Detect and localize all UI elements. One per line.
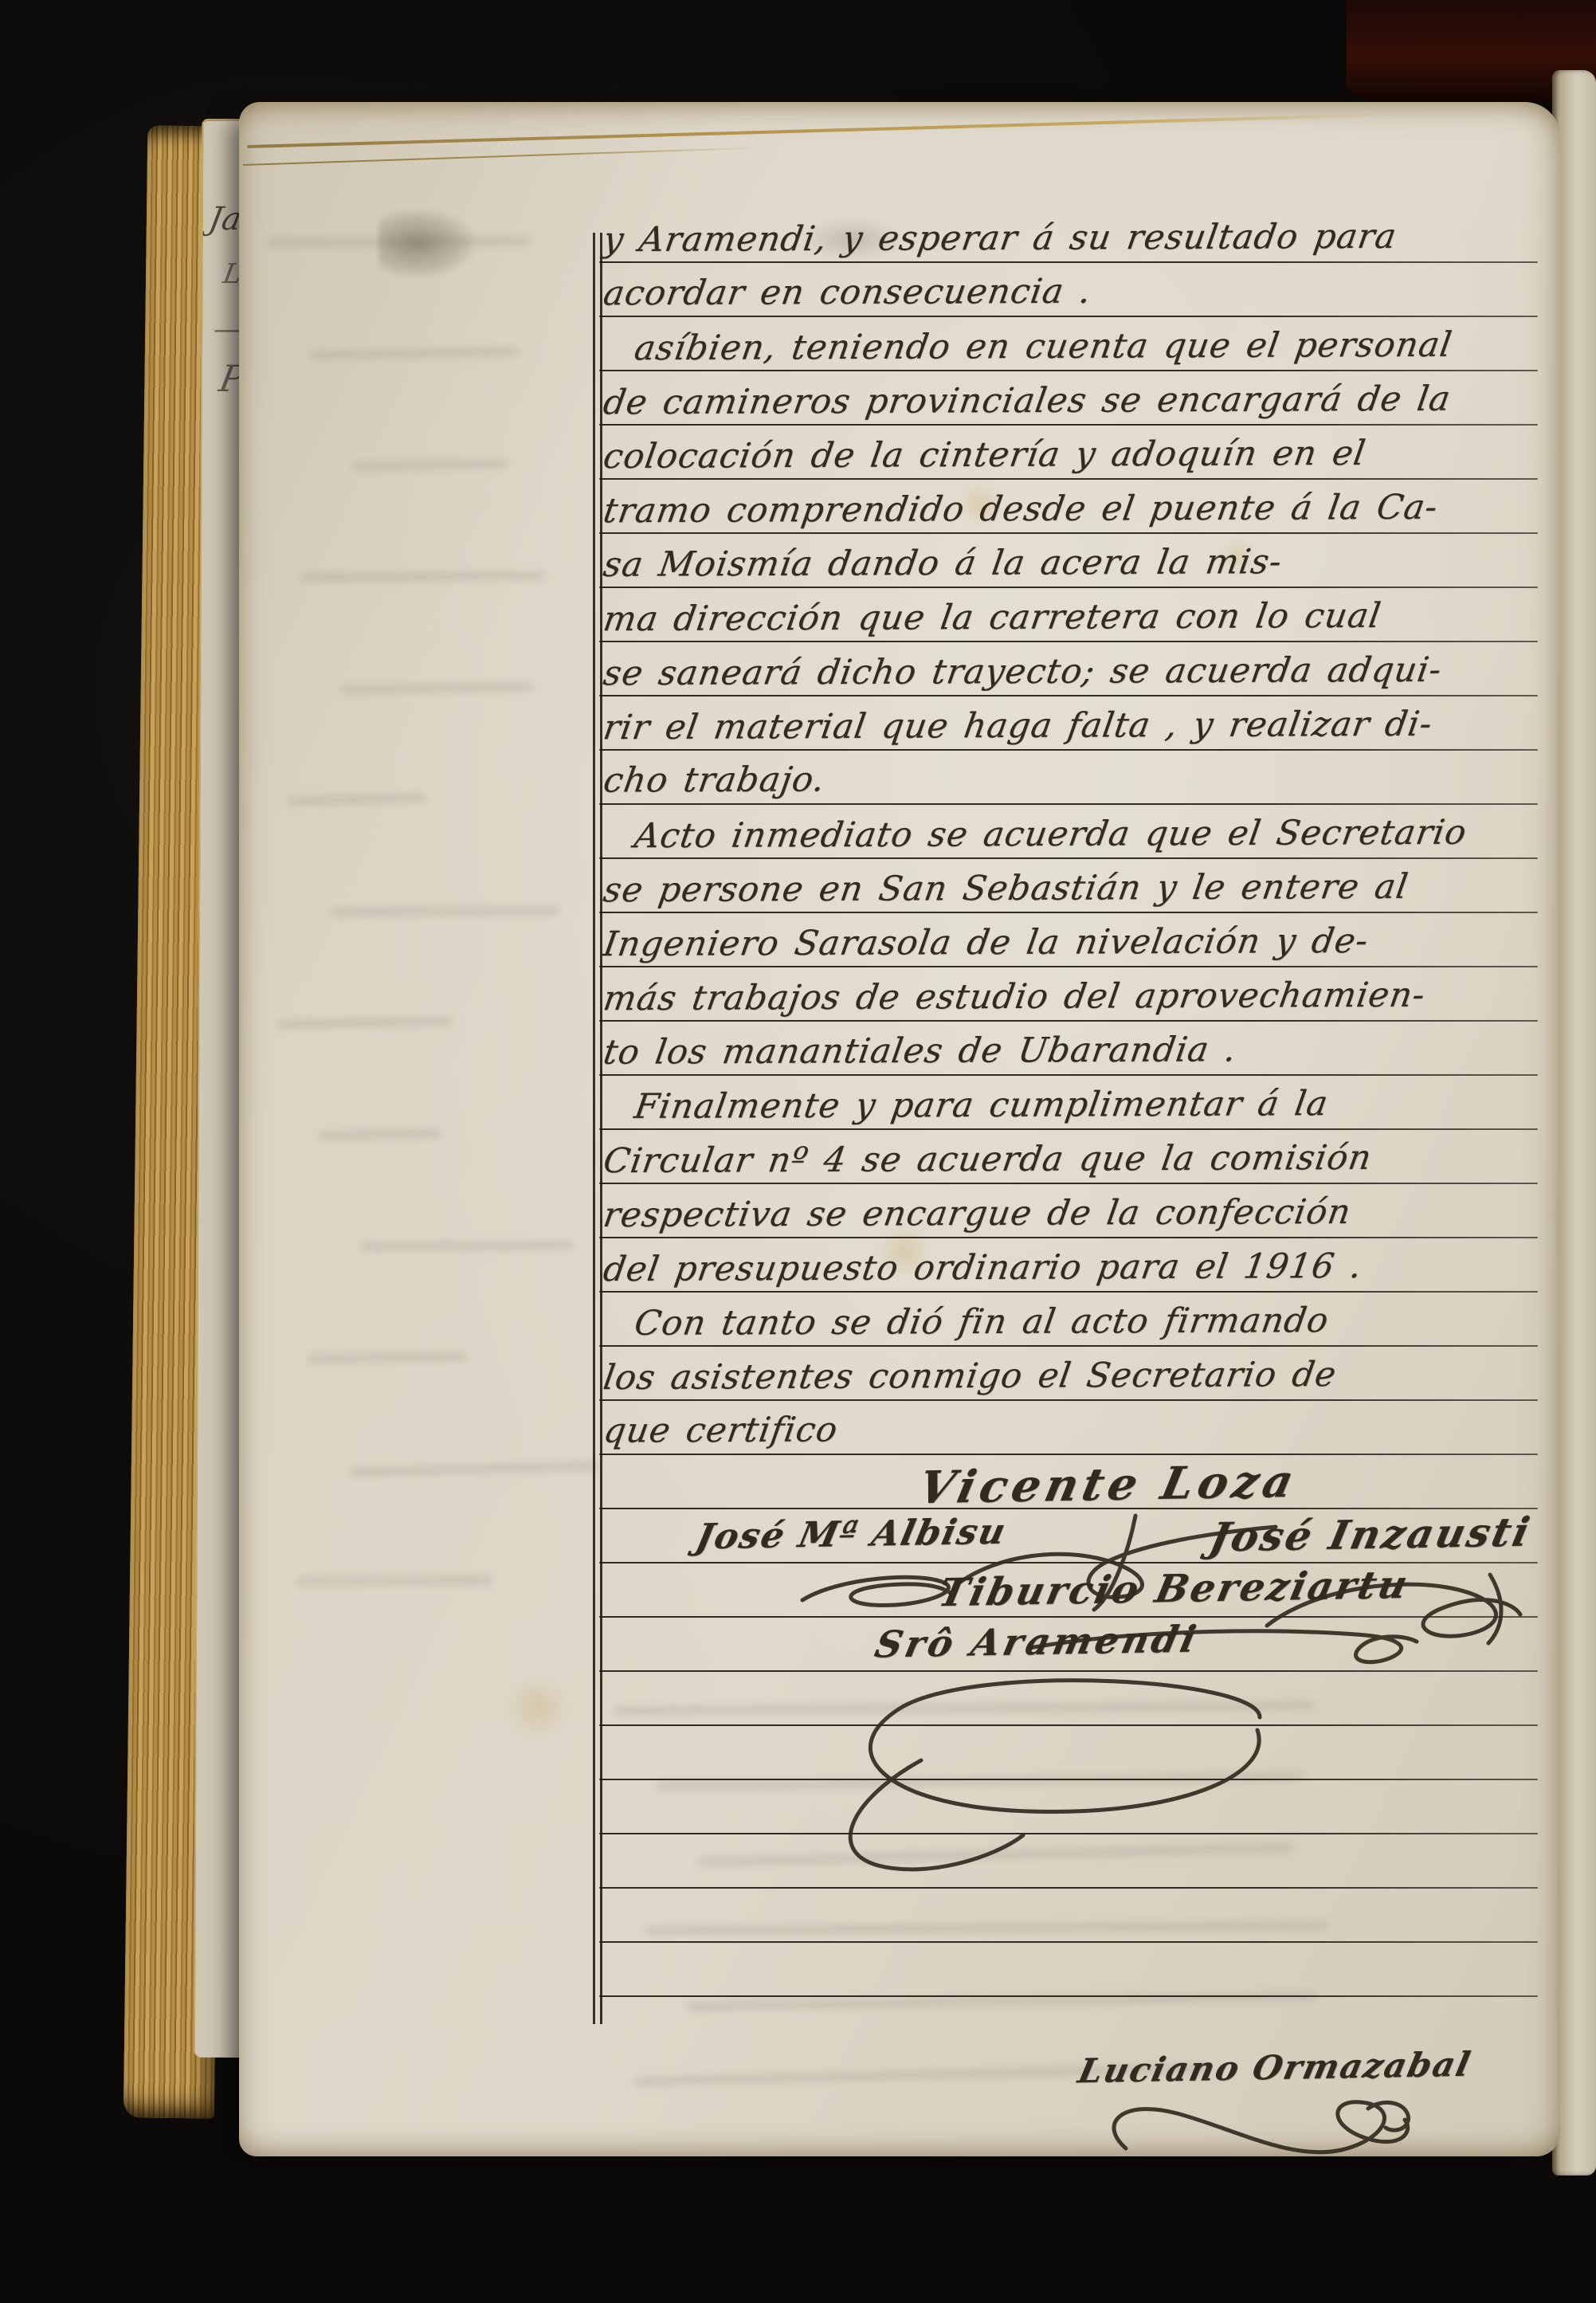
signature-aramendi: Srô Aramendi [876, 1620, 1198, 1663]
manuscript-page: y Aramendi, y esperar á su resultado par… [239, 102, 1560, 2156]
manuscript-line: los asistentes conmigo el Secretario de [604, 1356, 1336, 1396]
manuscript-line: ma dirección que la carretera con lo cua… [604, 598, 1381, 638]
manuscript-line: Con tanto se dió fin al acto firmando [635, 1302, 1328, 1342]
manuscript-line: Circular nº 4 se acuerda que la comisión [604, 1140, 1371, 1179]
manuscript-line: Finalmente y para cumplimentar á la [635, 1085, 1327, 1125]
manuscript-line: del presupuesto ordinario para el 1916 . [604, 1248, 1362, 1288]
manuscript-line: acordar en consecuencia . [604, 273, 1091, 312]
signature-rubric-icon [798, 1568, 957, 1616]
manuscript-line: asíbien, teniendo en cuenta que el perso… [635, 327, 1452, 367]
signature-vicente-loza: Vicente Loza [920, 1458, 1296, 1511]
signature-rubric-icon [1088, 2093, 1422, 2180]
manuscript-line: colocación de la cintería y adoquín en e… [604, 435, 1365, 475]
signature-jose-maria-albisu: José Mª Albisu [697, 1514, 1006, 1555]
signature-tiburcio-bereziartu: Tiburcio Bereziartu [940, 1567, 1408, 1611]
manuscript-line: sa Moismía dando á la acera la mis- [604, 543, 1281, 583]
manuscript-line: Acto inmediato se acuerda que el Secreta… [635, 814, 1466, 854]
manuscript-line: que certifico [604, 1410, 837, 1450]
manuscript-line: de camineros provinciales se encargará d… [604, 381, 1450, 421]
manuscript-line: tramo comprendido desde el puente á la C… [604, 489, 1437, 529]
photo-of-manuscript: { "manuscript": { "body_lines": [ {"text… [0, 0, 1596, 2303]
manuscript-line: rir el material que haga falta , y reali… [604, 706, 1432, 746]
signature-jose-inzausti: José Inzausti [1211, 1511, 1531, 1558]
manuscript-line: Ingeniero Sarasola de la nivelación y de… [604, 923, 1368, 963]
manuscript-line: cho trabajo. [604, 760, 825, 800]
manuscript-line: se saneará dicho trayecto; se acuerda ad… [604, 652, 1441, 692]
signature-luciano-ormazabal: Luciano Ormazabal [1080, 2048, 1470, 2087]
manuscript-line: y Aramendi, y esperar á su resultado par… [604, 218, 1396, 258]
signature-rubric-icon [825, 1666, 1288, 1873]
manuscript-line: to los manantiales de Ubarandia . [604, 1031, 1236, 1071]
manuscript-line: respectiva se encargue de la confección [604, 1194, 1351, 1234]
manuscript-line: más trabajos de estudio del aprovechamie… [604, 977, 1425, 1017]
manuscript-line: se persone en San Sebastián y le entere … [604, 869, 1408, 908]
